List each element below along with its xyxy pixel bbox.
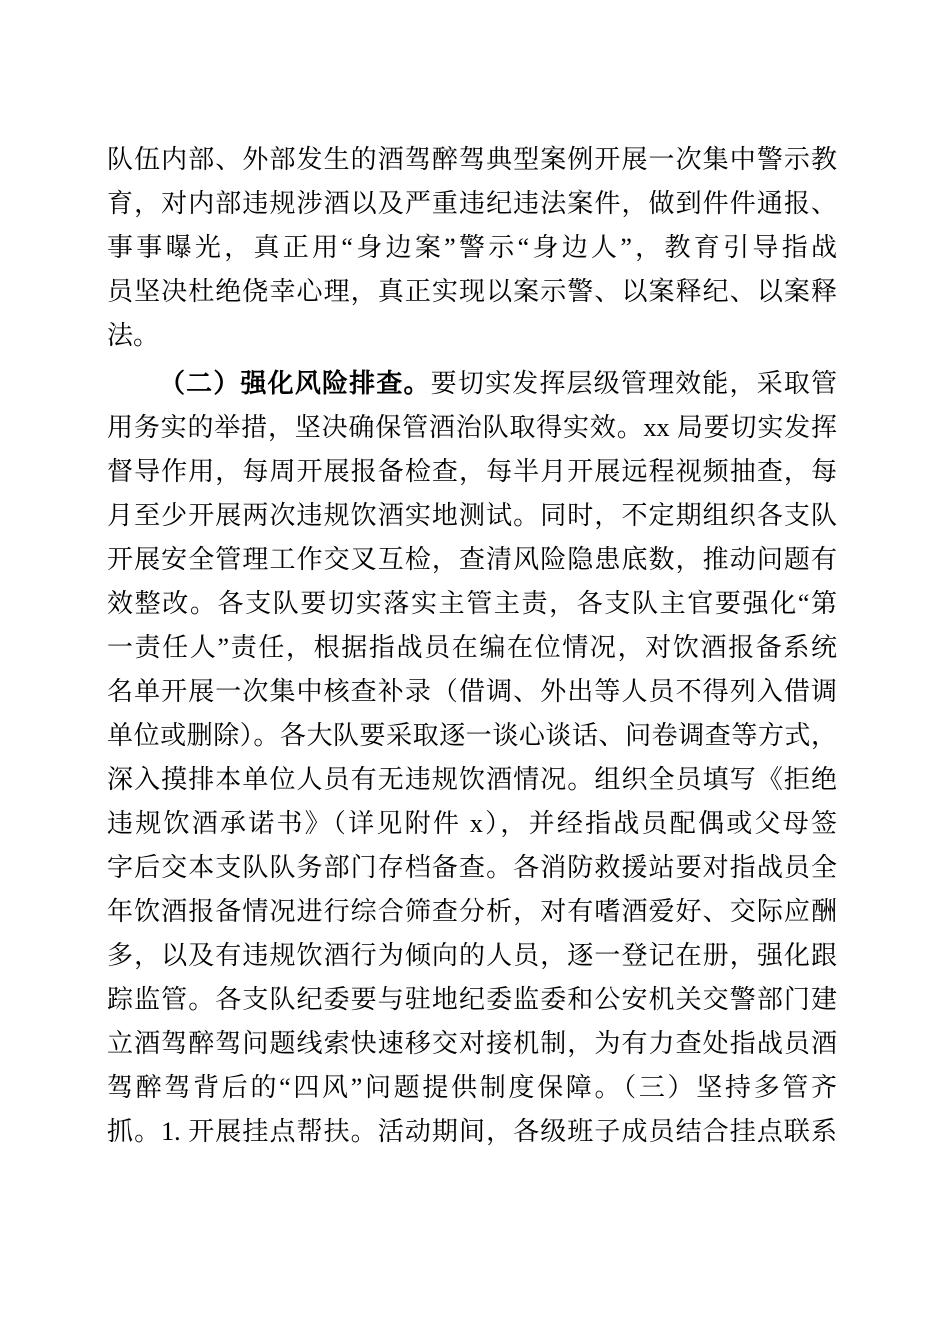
body-text: 年饮酒报备情况进行综合筛查分析，对有嗜酒爱好、交际应酬 <box>107 897 837 926</box>
body-text: 违规饮酒承诺书》（详见附件 x），并经指战员配偶或父母签 <box>107 809 837 838</box>
paragraph-warning-education: 队伍内部、外部发生的酒驾醉驾典型案例开展一次集中警示教育，对内部违规涉酒以及严重… <box>107 138 837 358</box>
body-text: 事事曝光，真正用“身边案”警示“身边人”，教育引导指战 <box>107 233 837 262</box>
body-text: 育，对内部违规涉酒以及严重违纪违法案件，做到件件通报、 <box>107 189 837 218</box>
body-text: 用务实的举措，坚决确保管酒治队取得实效。xx 局要切实发挥 <box>107 413 837 442</box>
text-line: 用务实的举措，坚决确保管酒治队取得实效。xx 局要切实发挥 <box>107 406 837 450</box>
text-line: 事事曝光，真正用“身边案”警示“身边人”，教育引导指战 <box>107 226 837 270</box>
text-line: 月至少开展两次违规饮酒实地测试。同时，不定期组织各支队 <box>107 494 837 538</box>
text-line: 一责任人”责任，根据指战员在编在位情况，对饮酒报备系统 <box>107 626 837 670</box>
document-page: 队伍内部、外部发生的酒驾醉驾典型案例开展一次集中警示教育，对内部违规涉酒以及严重… <box>0 0 950 1344</box>
body-text: 督导作用，每周开展报备检查，每半月开展远程视频抽查，每 <box>107 457 837 486</box>
text-line: （二）强化风险排查。要切实发挥层级管理效能，采取管 <box>107 362 837 406</box>
body-text: 一责任人”责任，根据指战员在编在位情况，对饮酒报备系统 <box>107 633 837 662</box>
body-text: 效整改。各支队要切实落实主管主责，各支队主官要强化“第 <box>107 589 837 618</box>
text-line: 踪监管。各支队纪委要与驻地纪委监委和公安机关交警部门建 <box>107 978 837 1022</box>
text-line: 抓。1. 开展挂点帮扶。活动期间，各级班子成员结合挂点联系 <box>107 1110 837 1154</box>
body-text: 多，以及有违规饮酒行为倾向的人员，逐一登记在册，强化跟 <box>107 941 837 970</box>
body-text: 抓。1. 开展挂点帮扶。活动期间，各级班子成员结合挂点联系 <box>107 1117 837 1146</box>
text-line: 员坚决杜绝侥幸心理，真正实现以案示警、以案释纪、以案释 <box>107 270 837 314</box>
text-line: 育，对内部违规涉酒以及严重违纪违法案件，做到件件通报、 <box>107 182 837 226</box>
text-line: 队伍内部、外部发生的酒驾醉驾典型案例开展一次集中警示教 <box>107 138 837 182</box>
text-line: 法。 <box>107 314 837 358</box>
text-line: 违规饮酒承诺书》（详见附件 x），并经指战员配偶或父母签 <box>107 802 837 846</box>
body-text: 员坚决杜绝侥幸心理，真正实现以案示警、以案释纪、以案释 <box>107 277 837 306</box>
body-text: 踪监管。各支队纪委要与驻地纪委监委和公安机关交警部门建 <box>107 985 837 1014</box>
body-text: 立酒驾醉驾问题线索快速移交对接机制，为有力查处指战员酒 <box>107 1029 837 1058</box>
text-line: 效整改。各支队要切实落实主管主责，各支队主官要强化“第 <box>107 582 837 626</box>
text-line: 督导作用，每周开展报备检查，每半月开展远程视频抽查，每 <box>107 450 837 494</box>
body-text: 要切实发挥层级管理效能，采取管 <box>431 369 837 398</box>
text-line: 年饮酒报备情况进行综合筛查分析，对有嗜酒爱好、交际应酬 <box>107 890 837 934</box>
body-text: 驾醉驾背后的“四风”问题提供制度保障。（三）坚持多管齐 <box>107 1073 837 1102</box>
body-text: 名单开展一次集中核查补录（借调、外出等人员不得列入借调 <box>107 677 837 706</box>
body-text: 月至少开展两次违规饮酒实地测试。同时，不定期组织各支队 <box>107 501 837 530</box>
text-line: 单位或删除）。各大队要采取逐一谈心谈话、问卷调查等方式， <box>107 714 837 758</box>
body-text: 深入摸排本单位人员有无违规饮酒情况。组织全员填写《拒绝 <box>107 765 837 794</box>
body-text: 队伍内部、外部发生的酒驾醉驾典型案例开展一次集中警示教 <box>107 145 837 174</box>
paragraph-risk-screening: （二）强化风险排查。要切实发挥层级管理效能，采取管用务实的举措，坚决确保管酒治队… <box>107 362 837 1154</box>
subheading-text: （二）强化风险排查。 <box>159 369 431 398</box>
text-line: 字后交本支队队务部门存档备查。各消防救援站要对指战员全 <box>107 846 837 890</box>
text-line: 立酒驾醉驾问题线索快速移交对接机制，为有力查处指战员酒 <box>107 1022 837 1066</box>
text-line: 驾醉驾背后的“四风”问题提供制度保障。（三）坚持多管齐 <box>107 1066 837 1110</box>
body-text: 字后交本支队队务部门存档备查。各消防救援站要对指战员全 <box>107 853 837 882</box>
text-line: 多，以及有违规饮酒行为倾向的人员，逐一登记在册，强化跟 <box>107 934 837 978</box>
body-text: 法。 <box>107 321 159 350</box>
body-text: 开展安全管理工作交叉互检，查清风险隐患底数，推动问题有 <box>107 545 837 574</box>
body-text: 单位或删除）。各大队要采取逐一谈心谈话、问卷调查等方式， <box>107 721 837 750</box>
text-line: 开展安全管理工作交叉互检，查清风险隐患底数，推动问题有 <box>107 538 837 582</box>
text-line: 深入摸排本单位人员有无违规饮酒情况。组织全员填写《拒绝 <box>107 758 837 802</box>
text-line: 名单开展一次集中核查补录（借调、外出等人员不得列入借调 <box>107 670 837 714</box>
document-body: 队伍内部、外部发生的酒驾醉驾典型案例开展一次集中警示教育，对内部违规涉酒以及严重… <box>107 138 837 1154</box>
